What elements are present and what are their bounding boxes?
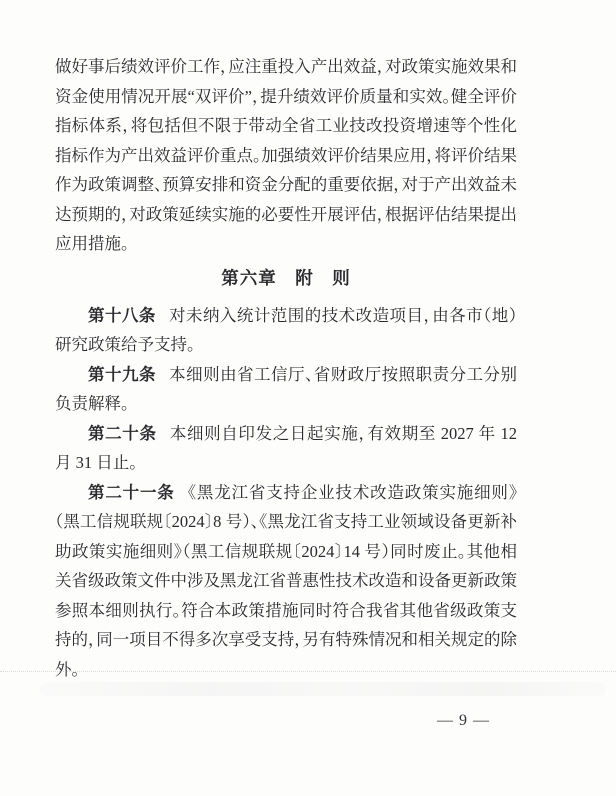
article-paragraph-18: 第十八条对未纳入统计范围的技术改造项目，由各市（地）研究政策给予支持。	[55, 301, 517, 360]
article-paragraph-20: 第二十条本细则自印发之日起实施，有效期至 2027 年 12 月 31 日止。	[55, 419, 517, 478]
article-number: 第二十一条	[88, 483, 175, 502]
article-paragraph-21: 第二十一条《黑龙江省支持企业技术改造政策实施细则》（黑工信规联规〔2024〕8 …	[55, 478, 517, 685]
scan-artifact-smudge	[40, 682, 606, 696]
article-text: 《黑龙江省支持企业技术改造政策实施细则》（黑工信规联规〔2024〕8 号）、《黑…	[55, 483, 517, 679]
document-content: 做好事后绩效评价工作，应注重投入产出效益，对政策实施效果和资金使用情况开展“双评…	[55, 52, 517, 684]
article-number: 第十八条	[88, 306, 156, 325]
page-number: — 9 —	[437, 712, 507, 730]
scan-artifact-line	[0, 671, 616, 672]
article-number: 第十九条	[88, 365, 156, 384]
chapter-heading: 第六章 附 则	[55, 263, 517, 293]
article-paragraph-19: 第十九条本细则由省工信厅、省财政厅按照职责分工分别负责解释。	[55, 360, 517, 419]
article-number: 第二十条	[88, 424, 157, 443]
document-page: 做好事后绩效评价工作，应注重投入产出效益，对政策实施效果和资金使用情况开展“双评…	[0, 0, 616, 796]
continuation-paragraph: 做好事后绩效评价工作，应注重投入产出效益，对政策实施效果和资金使用情况开展“双评…	[55, 52, 517, 259]
